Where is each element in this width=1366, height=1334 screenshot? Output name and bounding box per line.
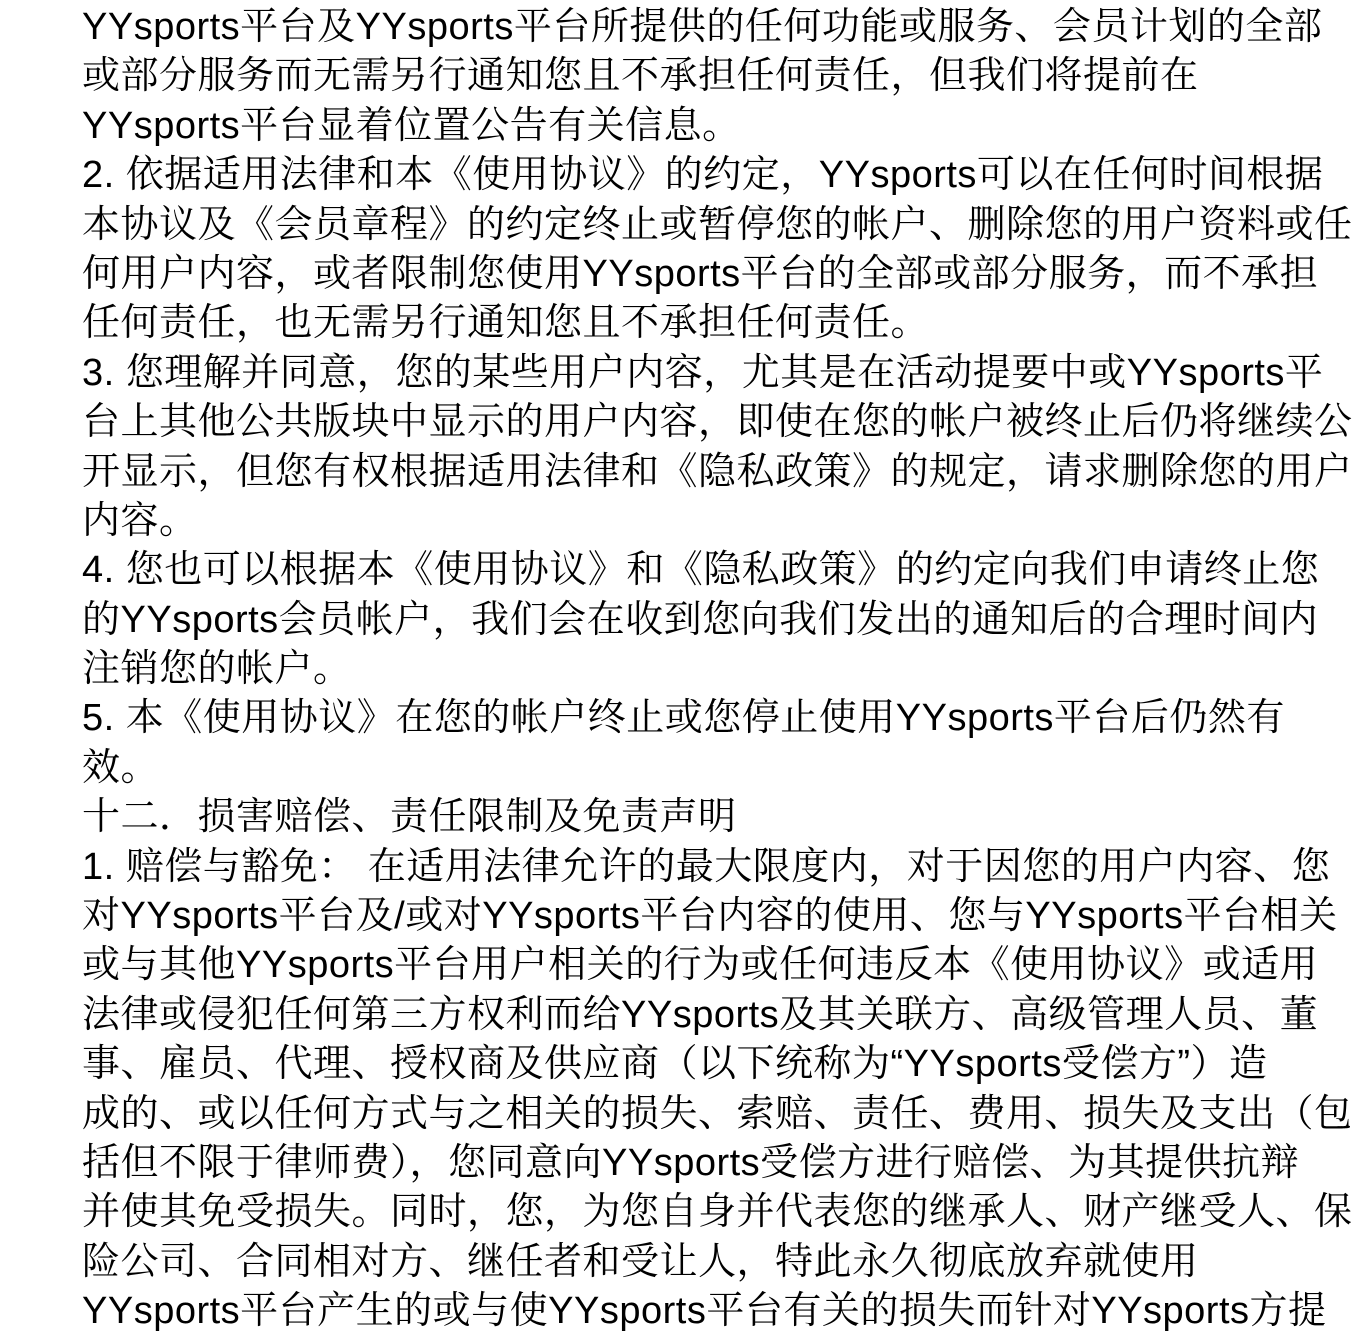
text-line: 台上其他公共版块中显示的用户内容，即使在您的帐户被终止后仍将继续公 xyxy=(82,398,1306,447)
section-12-heading: 十二．损害赔偿、责任限制及免责声明 xyxy=(82,793,1306,842)
text-line: 的YYsports会员帐户，我们会在收到您向我们发出的通知后的合理时间内 xyxy=(82,596,1306,645)
text-line: 或与其他YYsports平台用户相关的行为或任何违反本《使用协议》或适用 xyxy=(82,941,1306,990)
text-line: 或部分服务而无需另行通知您且不承担任何责任，但我们将提前在 xyxy=(82,52,1306,101)
clause-4-line: 4. 您也可以根据本《使用协议》和《隐私政策》的约定向我们申请终止您 xyxy=(82,546,1306,595)
terms-document: YYsports平台及YYsports平台所提供的任何功能或服务、会员计划的全部… xyxy=(0,0,1366,1334)
text-line: 括但不限于律师费），您同意向YYsports受偿方进行赔偿、为其提供抗辩 xyxy=(82,1139,1306,1188)
terms-page: { "page": { "background_color": "#ffffff… xyxy=(0,0,1366,1334)
text-line: YYsports平台及YYsports平台所提供的任何功能或服务、会员计划的全部 xyxy=(82,3,1306,52)
text-line: 何用户内容，或者限制您使用YYsports平台的全部或部分服务，而不承担 xyxy=(82,250,1306,299)
text-line: 成的、或以任何方式与之相关的损失、索赔、责任、费用、损失及支出（包 xyxy=(82,1090,1306,1139)
clause-2-line: 2. 依据适用法律和本《使用协议》的约定，YYsports可以在任何时间根据 xyxy=(82,151,1306,200)
clause-5-line: 5. 本《使用协议》在您的帐户终止或您停止使用YYsports平台后仍然有 xyxy=(82,694,1306,743)
text-line: 效。 xyxy=(82,744,1306,793)
clause-1-line: 1. 赔偿与豁免： 在适用法律允许的最大限度内，对于因您的用户内容、您 xyxy=(82,843,1306,892)
text-line: 法律或侵犯任何第三方权利而给YYsports及其关联方、高级管理人员、董 xyxy=(82,991,1306,1040)
text-line: YYsports平台显着位置公告有关信息。 xyxy=(82,102,1306,151)
text-line: 内容。 xyxy=(82,497,1306,546)
text-line: 对YYsports平台及/或对YYsports平台内容的使用、您与YYsport… xyxy=(82,892,1306,941)
text-line: 开显示，但您有权根据适用法律和《隐私政策》的规定，请求删除您的用户 xyxy=(82,448,1306,497)
text-line: 注销您的帐户。 xyxy=(82,645,1306,694)
text-line: YYsports平台产生的或与使YYsports平台有关的损失而针对YYspor… xyxy=(82,1287,1306,1334)
text-line: 险公司、合同相对方、继任者和受让人，特此永久彻底放弃就使用 xyxy=(82,1238,1306,1287)
clause-3-line: 3. 您理解并同意，您的某些用户内容，尤其是在活动提要中或YYsports平 xyxy=(82,349,1306,398)
text-line: 事、雇员、代理、授权商及供应商（以下统称为“YYsports受偿方”）造 xyxy=(82,1040,1306,1089)
text-line: 并使其免受损失。同时，您，为您自身并代表您的继承人、财产继受人、保 xyxy=(82,1188,1306,1237)
text-line: 本协议及《会员章程》的约定终止或暂停您的帐户、删除您的用户资料或任 xyxy=(82,201,1306,250)
text-line: 任何责任，也无需另行通知您且不承担任何责任。 xyxy=(82,299,1306,348)
